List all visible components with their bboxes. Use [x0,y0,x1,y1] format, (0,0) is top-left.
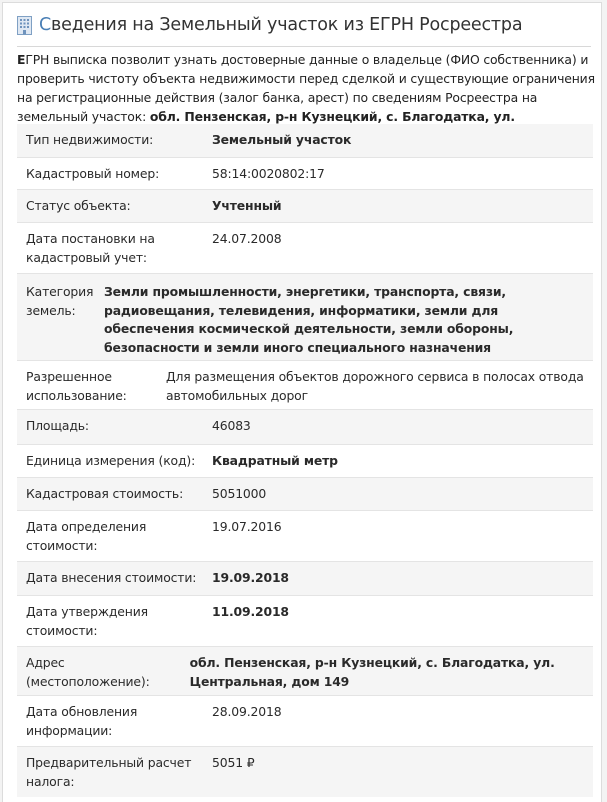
egrn-info-card: Сведения на Земельный участок из ЕГРН Ро… [2,2,602,800]
row-value: 19.07.2016 [212,518,585,554]
row-label: Разрешенное использование: [26,368,166,402]
page-title: Сведения на Земельный участок из ЕГРН Ро… [39,15,522,35]
row-label: Площадь: [26,417,212,437]
row-value: 5051 ₽ [212,754,585,790]
row-label: Адрес (местоположение): [26,654,190,688]
row-label: Категория земель: [26,283,104,353]
row-value: 58:14:0020802:17 [212,165,585,182]
row-label: Кадастровая стоимость: [26,485,212,503]
table-row: Дата утверждения стоимости: 11.09.2018 [17,596,593,647]
row-label: Тип недвижимости: [26,131,212,150]
row-label: Дата обновления информации: [26,703,212,739]
table-row: Дата внесения стоимости: 19.09.2018 [17,562,593,596]
row-value: Для размещения объектов дорожного сервис… [166,368,585,402]
row-value: обл. Пензенская, р-н Кузнецкий, с. Благо… [190,654,585,688]
title-text: ведения на Земельный участок из ЕГРН Рос… [51,15,522,35]
row-label: Статус объекта: [26,197,212,215]
row-label: Единица измерения (код): [26,452,212,470]
title-first-letter: С [39,15,51,35]
row-label: Кадастровый номер: [26,165,212,182]
table-row: Дата постановки на кадастровый учет: 24.… [17,223,593,274]
table-row: Дата обновления информации: 28.09.2018 [17,696,593,747]
table-row: Кадастровый номер: 58:14:0020802:17 [17,158,593,190]
row-value: 28.09.2018 [212,703,585,739]
row-value: 5051000 [212,485,585,503]
building-icon [17,16,32,35]
table-row: Кадастровая стоимость: 5051000 [17,478,593,511]
row-value: Квадратный метр [212,452,585,470]
table-row: Адрес (местоположение): обл. Пензенская,… [17,647,593,696]
row-value: Учтенный [212,197,585,215]
row-label: Дата внесения стоимости: [26,569,212,588]
property-details-table: Тип недвижимости: Земельный участок Када… [17,124,593,797]
row-label: Предварительный расчет налога: [26,754,212,790]
table-row: Единица измерения (код): Квадратный метр [17,445,593,478]
table-row: Дата определения стоимости: 19.07.2016 [17,511,593,562]
table-row: Площадь: 46083 [17,410,593,445]
row-label: Дата постановки на кадастровый учет: [26,230,212,266]
row-value: 24.07.2008 [212,230,585,266]
table-row: Предварительный расчет налога: 5051 ₽ [17,747,593,797]
row-value: 11.09.2018 [212,603,585,639]
row-value: Земли промышленности, энергетики, трансп… [104,283,585,353]
row-label: Дата определения стоимости: [26,518,212,554]
table-row: Категория земель: Земли промышленности, … [17,274,593,361]
row-value: Земельный участок [212,131,585,150]
header: Сведения на Земельный участок из ЕГРН Ро… [17,15,522,35]
table-row: Статус объекта: Учтенный [17,190,593,223]
table-row: Тип недвижимости: Земельный участок [17,124,593,158]
title-divider [17,46,591,47]
table-row: Разрешенное использование: Для размещени… [17,361,593,410]
row-value: 19.09.2018 [212,569,585,588]
row-label: Дата утверждения стоимости: [26,603,212,639]
row-value: 46083 [212,417,585,437]
